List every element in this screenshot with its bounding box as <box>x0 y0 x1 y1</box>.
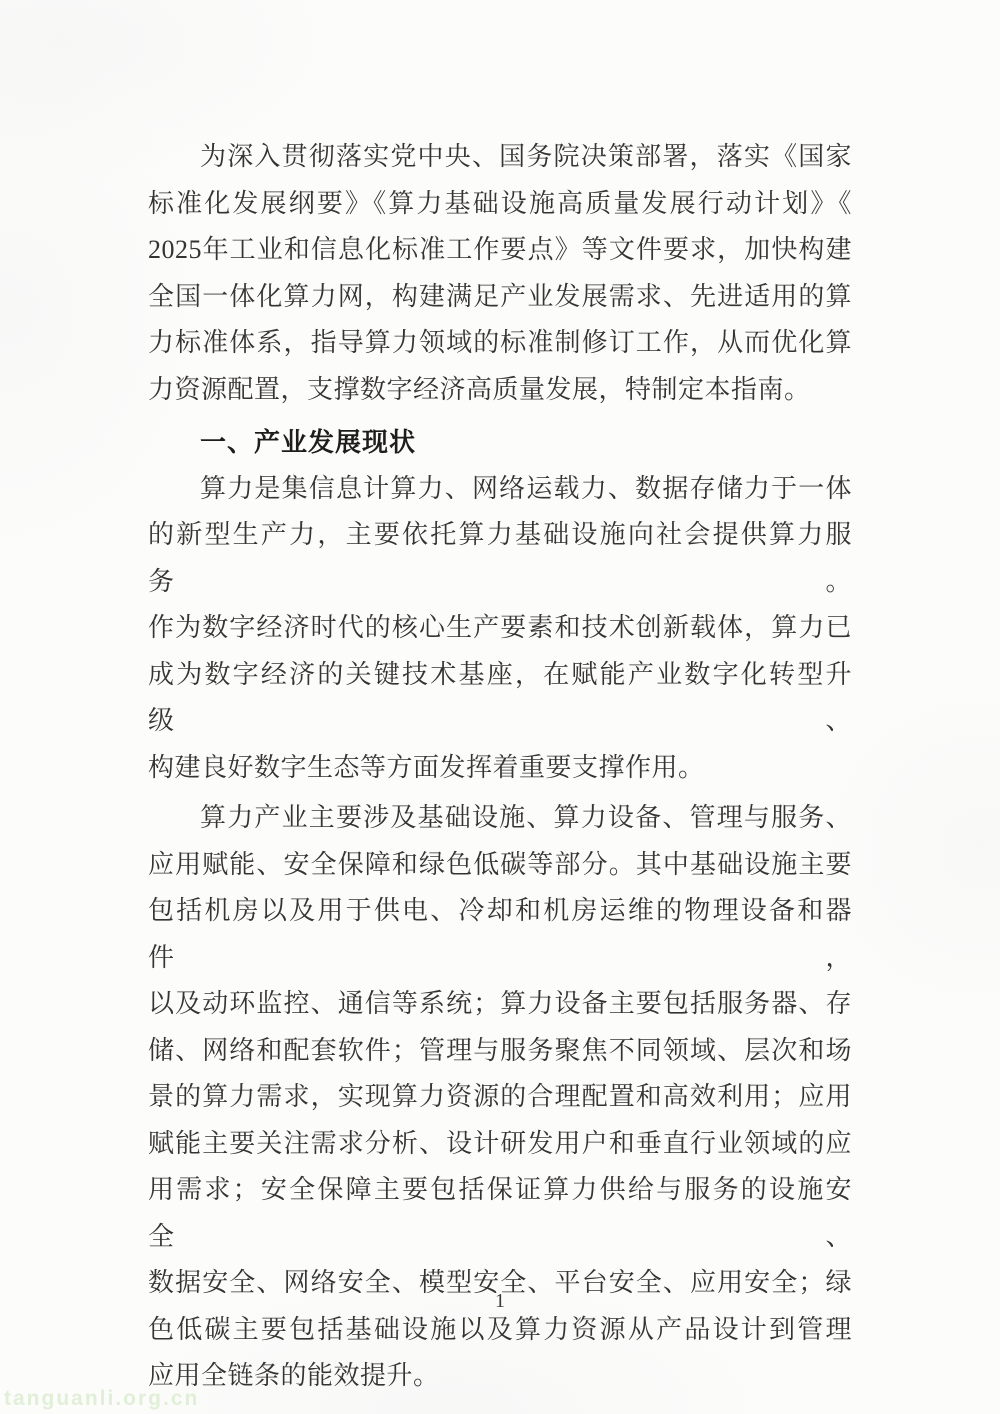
paragraph-line: 以及动环监控、通信等系统；算力设备主要包括服务器、存 <box>148 981 852 1028</box>
paragraph-line: 力资源配置，支撑数字经济高质量发展，特制定本指南。 <box>148 367 852 414</box>
paragraph-line: 2025年工业和信息化标准工作要点》等文件要求，加快构建 <box>148 227 852 274</box>
paragraph-line: 应用全链条的能效提升。 <box>148 1353 852 1400</box>
paragraph-line: 构建良好数字生态等方面发挥着重要支撑作用。 <box>148 745 852 792</box>
paragraph-line: 力标准体系，指导算力领域的标准制修订工作，从而优化算 <box>148 320 852 367</box>
paragraph-line: 标准化发展纲要》《算力基础设施高质量发展行动计划》《 <box>148 181 852 228</box>
paragraph-line: 赋能主要关注需求分析、设计研发用户和垂直行业领域的应 <box>148 1121 852 1168</box>
paragraph-line: 成为数字经济的关键技术基座，在赋能产业数字化转型升级、 <box>148 652 852 745</box>
paragraph-line: 储、网络和配套软件；管理与服务聚焦不同领域、层次和场 <box>148 1028 852 1075</box>
paragraph-line: 包括机房以及用于供电、冷却和机房运维的物理设备和器件， <box>148 888 852 981</box>
paragraph-line: 为深入贯彻落实党中央、国务院决策部署，落实《国家 <box>148 134 852 181</box>
document-page: 为深入贯彻落实党中央、国务院决策部署，落实《国家 标准化发展纲要》《算力基础设施… <box>0 0 1000 1414</box>
section-heading: 一、产业发展现状 <box>148 419 852 466</box>
paragraph-line: 景的算力需求，实现算力资源的合理配置和高效利用；应用 <box>148 1074 852 1121</box>
paragraph-line: 应用赋能、安全保障和绿色低碳等部分。其中基础设施主要 <box>148 842 852 889</box>
document-body: 为深入贯彻落实党中央、国务院决策部署，落实《国家 标准化发展纲要》《算力基础设施… <box>148 134 852 1400</box>
paragraph-line: 全国一体化算力网，构建满足产业发展需求、先进适用的算 <box>148 274 852 321</box>
watermark-text: tanguanli.org.cn <box>4 1387 199 1411</box>
page-number: 1 <box>0 1290 1000 1313</box>
paragraph-line: 的新型生产力，主要依托算力基础设施向社会提供算力服务。 <box>148 512 852 605</box>
paragraph-line: 算力是集信息计算力、网络运载力、数据存储力于一体 <box>148 466 852 513</box>
paragraph-line: 作为数字经济时代的核心生产要素和技术创新载体，算力已 <box>148 605 852 652</box>
paragraph-line: 用需求；安全保障主要包括保证算力供给与服务的设施安全、 <box>148 1167 852 1260</box>
paragraph-line: 算力产业主要涉及基础设施、算力设备、管理与服务、 <box>148 795 852 842</box>
paragraph-line: 色低碳主要包括基础设施以及算力资源从产品设计到管理 <box>148 1307 852 1354</box>
